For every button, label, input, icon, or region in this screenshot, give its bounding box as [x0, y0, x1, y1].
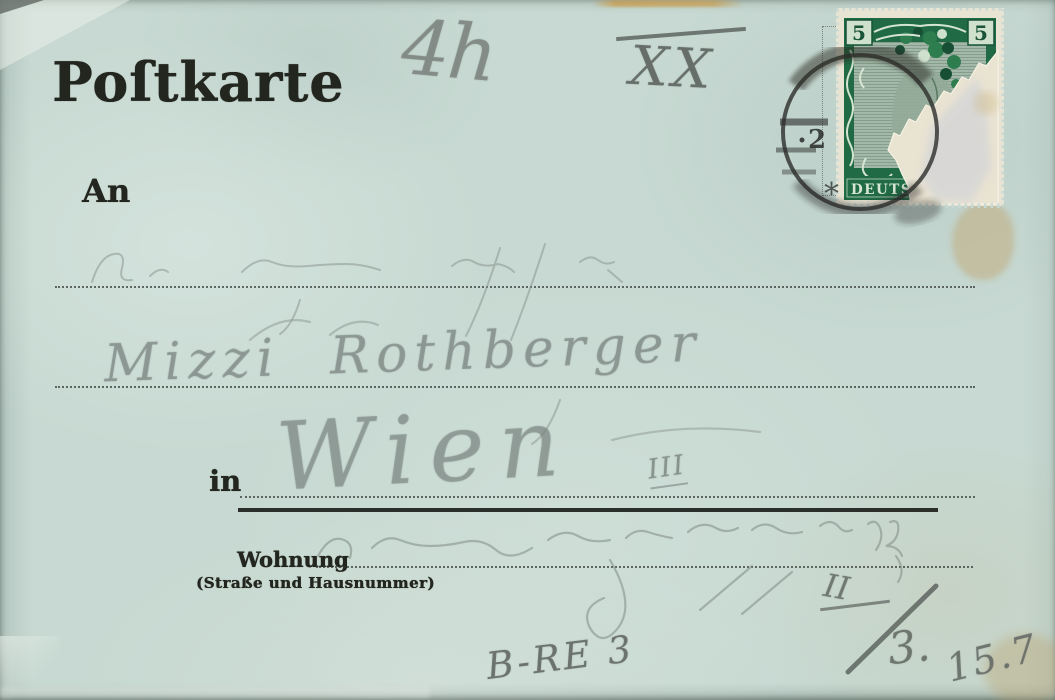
postmark-bottom-smudge [798, 182, 918, 211]
stamp-value-right: 5 [974, 21, 988, 45]
district-handwriting: III [646, 450, 689, 490]
postmark-star: * [824, 177, 839, 212]
scrawl-stroke [92, 254, 132, 282]
flourish-stroke [612, 428, 760, 440]
postmark-dot [800, 138, 805, 143]
annotation-top-left: 4h [398, 2, 499, 99]
scrawl-stroke [820, 522, 852, 531]
postmark-top-smudge [796, 51, 926, 86]
city-handwriting: Wien [273, 388, 576, 512]
postcard-scan: Poſtkarte An in Wohnung (Straße und Haus… [0, 0, 1055, 700]
fraction-handwriting: 3. [885, 620, 932, 675]
scrawl-stroke [896, 556, 902, 582]
scrawl-stroke [868, 522, 881, 550]
illegible-scrawl-street [318, 521, 902, 638]
scrawl-stroke [452, 260, 514, 272]
scrawl-stroke [548, 533, 610, 542]
scrawl-stroke [752, 524, 802, 533]
postmark-date-digit: 2 [808, 125, 826, 155]
scrawl-stroke [587, 560, 625, 638]
stamp-value-tablet-right: 5 [968, 20, 994, 45]
stamp-torn-stain [974, 91, 998, 115]
scrawl-stroke [886, 521, 902, 556]
annotation-top-center: XX [628, 34, 716, 101]
scrawl-stroke [742, 572, 792, 614]
scrawl-stroke [700, 566, 752, 610]
scrawl-stroke [318, 539, 351, 558]
postmark: 2 * [768, 22, 952, 240]
scrawl-stroke [372, 538, 532, 555]
scrawl-stroke [150, 270, 168, 276]
scrawl-stroke [580, 257, 614, 263]
scrawl-stroke [242, 260, 380, 272]
scrawl-stroke [688, 525, 738, 532]
scrawl-stroke [626, 531, 672, 538]
scrawl-stroke [608, 270, 622, 282]
